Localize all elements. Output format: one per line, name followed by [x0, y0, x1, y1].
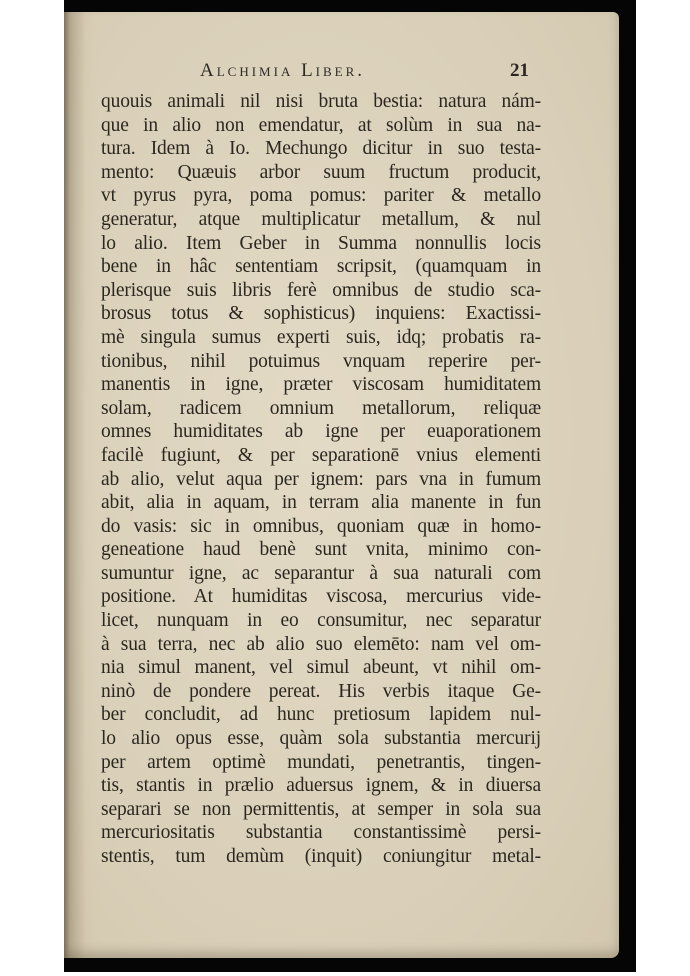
- text-line: licet, nunquam in eo consumitur, nec sep…: [101, 609, 541, 633]
- text-line: quouis animali nil nisi bruta bestia: na…: [101, 90, 541, 114]
- text-line: mercuriositatis substantia constantissim…: [101, 821, 541, 845]
- text-line: do vasis: sic in omnibus, quoniam quæ in…: [101, 515, 541, 539]
- text-line: omnes humiditates ab igne per euaporatio…: [101, 420, 541, 444]
- text-line: per artem optimè mundati, penetrantis, t…: [101, 751, 541, 775]
- text-line: solam, radicem omnium metallorum, reliqu…: [101, 397, 541, 421]
- text-line: que in alio non emendatur, at solùm in s…: [101, 114, 541, 138]
- text-line: geneatione haud benè sunt vnita, minimo …: [101, 538, 541, 562]
- text-line: positione. At humiditas viscosa, mercuri…: [101, 585, 541, 609]
- text-line: nia simul manent, vel simul abeunt, vt n…: [101, 656, 541, 680]
- running-head: Alchimia Liber.: [200, 60, 365, 82]
- text-line: lo alio opus esse, quàm sola substantia …: [101, 727, 541, 751]
- text-line: ber concludit, ad hunc pretiosum lapidem…: [101, 703, 541, 727]
- text-line: mè singula sumus experti suis, idq; prob…: [101, 326, 541, 350]
- text-line: sumuntur igne, ac separantur à sua natur…: [101, 562, 541, 586]
- text-line: ninò de pondere pereat. His verbis itaqu…: [101, 680, 541, 704]
- text-line: facilè fugiunt, & per separationē vnius …: [101, 444, 541, 468]
- text-line: à sua terra, nec ab alio suo elemēto: na…: [101, 633, 541, 657]
- text-line: abit, alia in aquam, in terram alia mane…: [101, 491, 541, 515]
- text-line: separari se non permittentis, at semper …: [101, 798, 541, 822]
- text-line: tionibus, nihil potuimus vnquam reperire…: [101, 350, 541, 374]
- body-text: quouis animali nil nisi bruta bestia: na…: [101, 90, 541, 869]
- text-line: vt pyrus pyra, poma pomus: pariter & met…: [101, 184, 541, 208]
- text-line: tura. Idem à Io. Mechungo dicitur in suo…: [101, 137, 541, 161]
- text-line: lo alio. Item Geber in Summa nonnullis l…: [101, 232, 541, 256]
- text-line: tis, stantis in prælio aduersus ignem, &…: [101, 774, 541, 798]
- text-line: bene in hâc sententiam scripsit, (quamqu…: [101, 255, 541, 279]
- text-line: plerisque suis libris ferè omnibus de st…: [101, 279, 541, 303]
- text-line: brosus totus & sophisticus) inquiens: Ex…: [101, 302, 541, 326]
- text-line: ab alio, velut aqua per ignem: pars vna …: [101, 468, 541, 492]
- text-line: generatur, atque multiplicatur metallum,…: [101, 208, 541, 232]
- page-number: 21: [510, 60, 529, 82]
- text-line: stentis, tum demùm (inquit) coniungitur …: [101, 845, 541, 869]
- text-line: mento: Quæuis arbor suum fructum produci…: [101, 161, 541, 185]
- text-line: manentis in igne, præter viscosam humidi…: [101, 373, 541, 397]
